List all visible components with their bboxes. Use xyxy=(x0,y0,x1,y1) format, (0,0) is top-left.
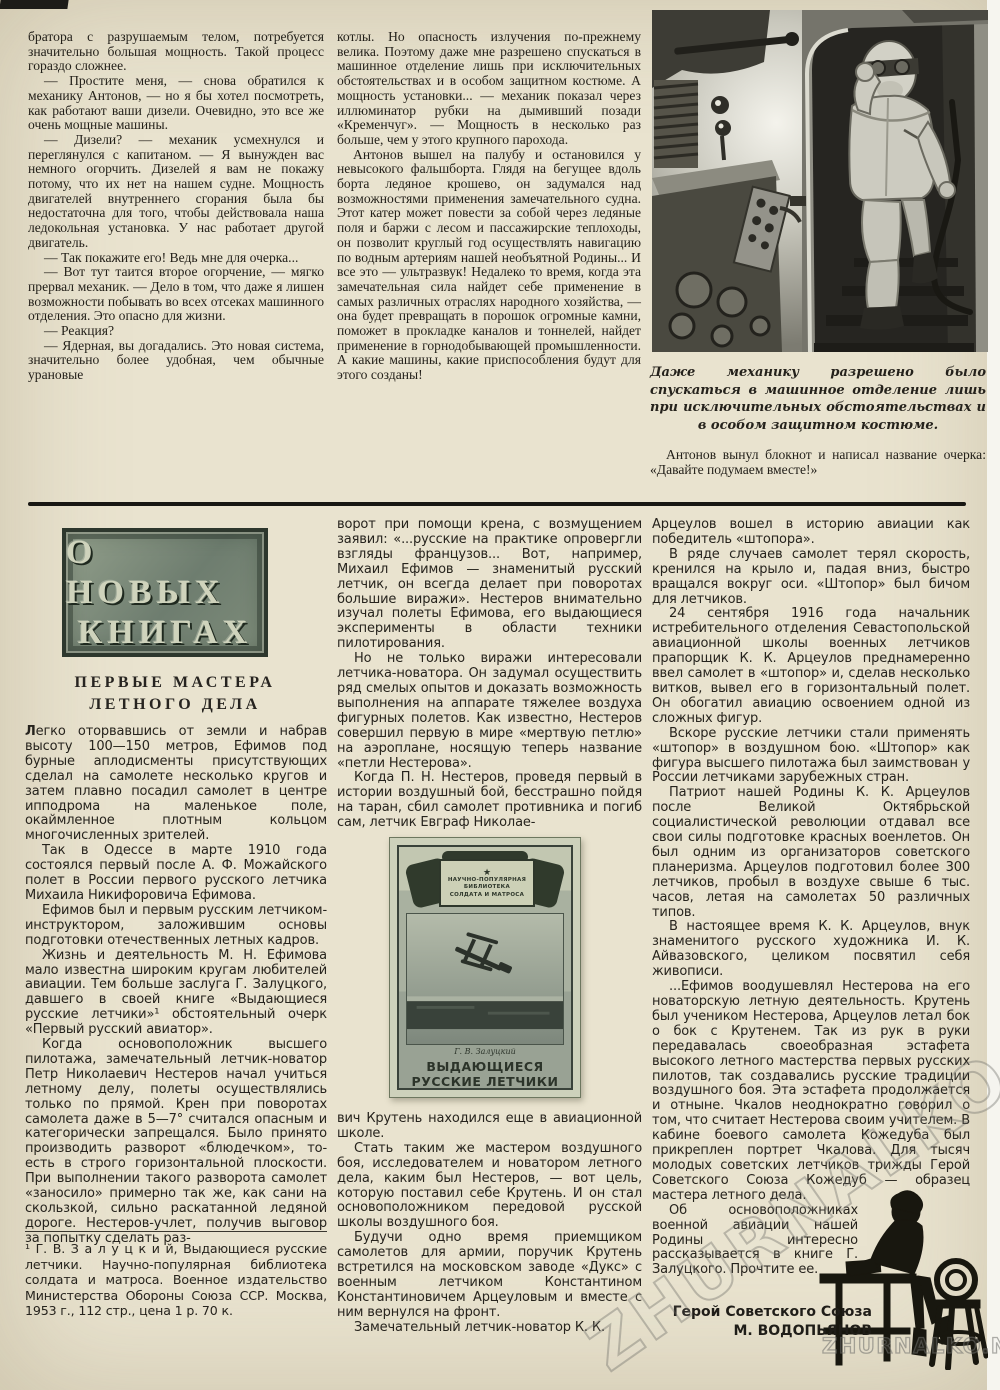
paragraph: Антонов вынул блокнот и написал название… xyxy=(650,448,986,477)
plaque-line: О НОВЫХ xyxy=(66,533,264,613)
series-line: НАУЧНО-ПОПУЛЯРНАЯ xyxy=(448,877,526,884)
paragraph: Жизнь и деятельность М. Н. Ефимова мало … xyxy=(25,949,327,1038)
review-column-2-bottom: вич Крутень находился еще в авиационной … xyxy=(337,1112,642,1336)
paragraph: В ряде случаев самолет терял скорость, к… xyxy=(652,548,970,608)
top-story-column-1: братора с разрушаемым телом, потребуется… xyxy=(28,30,324,383)
paragraph: Стать таким же мастером воздушного боя, … xyxy=(337,1142,642,1231)
signature-line: М. ВОДОПЬЯНОВ xyxy=(652,1322,872,1341)
paragraph: вич Крутень находился еще в авиационной … xyxy=(337,1112,642,1142)
paragraph: Легко оторвавшись от земли и набрав высо… xyxy=(25,725,327,844)
paragraph: ворот при помощи крена, с возмущением за… xyxy=(337,518,642,652)
author-signature: Герой Советского Союза М. ВОДОПЬЯНОВ xyxy=(652,1303,872,1341)
book-cover: ★ НАУЧНО-ПОПУЛЯРНАЯ БИБЛИОТЕКА СОЛДАТА И… xyxy=(389,837,581,1098)
review-column-1: Легко оторвавшись от земли и набрав высо… xyxy=(25,725,327,1247)
top-story-closing: Антонов вынул блокнот и написал название… xyxy=(650,448,986,477)
paragraph: Когда П. Н. Нестеров, проведя первый в и… xyxy=(337,771,642,831)
paragraph: — Дизели? — механик усмехнулся и перегля… xyxy=(28,133,324,251)
paragraph: Так в Одессе в марте 1910 года состоялся… xyxy=(25,844,327,904)
paragraph: 24 сентября 1916 года начальник истребит… xyxy=(652,607,970,726)
book-series-label: ★ НАУЧНО-ПОПУЛЯРНАЯ БИБЛИОТЕКА СОЛДАТА И… xyxy=(439,859,535,907)
reader-sketch xyxy=(818,1178,988,1370)
paragraph: Арцеулов вошел в историю авиации как поб… xyxy=(652,518,970,548)
book-cover-photo xyxy=(406,913,564,1045)
magazine-page: братора с разрушаемым телом, потребуется… xyxy=(0,0,1000,1390)
article-title-line: ПЕРВЫЕ МАСТЕРА xyxy=(25,672,325,694)
paragraph: Но не только виражи интересовали летчика… xyxy=(337,652,642,771)
new-books-plaque: О НОВЫХ КНИГАХ xyxy=(62,528,268,657)
paragraph: Будучи одно время приемщиком самолетов д… xyxy=(337,1231,642,1320)
book-cover-face: ★ НАУЧНО-ПОПУЛЯРНАЯ БИБЛИОТЕКА СОЛДАТА И… xyxy=(397,845,573,1090)
paragraph: Ефимов был и первым русским летчиком-инс… xyxy=(25,904,327,949)
series-line: СОЛДАТА И МАТРОСА xyxy=(450,892,524,899)
paragraph: — Так покажите его! Ведь мне для очерка.… xyxy=(28,251,324,266)
machine-room-illustration xyxy=(652,10,988,352)
top-story-column-2: котлы. Но опасность излучения по-прежнем… xyxy=(337,30,641,383)
paragraph: котлы. Но опасность излучения по-прежнем… xyxy=(337,30,641,148)
series-line: БИБЛИОТЕКА xyxy=(464,884,510,891)
article-title-line: ЛЕТНОГО ДЕЛА xyxy=(25,694,325,716)
book-cover-title: ВЫДАЮЩИЕСЯ РУССКИЕ ЛЕТЧИКИ xyxy=(399,1059,571,1089)
paragraph: Антонов вышел на палубу и остановился у … xyxy=(337,148,641,383)
book-cover-author: Г. В. Залуцкий xyxy=(399,1047,571,1056)
paragraph: В настоящее время К. К. Арцеулов, внук з… xyxy=(652,920,970,980)
section-divider xyxy=(28,502,966,506)
footnote: ¹ Г. В. З а л у ц к и й, Выдающиеся русс… xyxy=(25,1231,327,1319)
paragraph: Вскоре русские летчики стали применять «… xyxy=(652,727,970,787)
paragraph: ...Ефимов воодушевлял Нестерова на его н… xyxy=(652,980,970,1204)
paragraph: — Ядерная, вы догадались. Это новая сист… xyxy=(28,339,324,383)
illustration-caption: Даже механику разрешено было спускаться … xyxy=(650,364,986,434)
star-icon: ★ xyxy=(483,868,491,876)
page-edge xyxy=(987,0,1000,1390)
book-title-line: РУССКИЕ ЛЕТЧИКИ xyxy=(399,1074,571,1089)
signature-line: Герой Советского Союза xyxy=(652,1303,872,1322)
paragraph: — Простите меня, — снова обратился к мех… xyxy=(28,74,324,133)
paragraph: Патриот нашей Родины К. К. Арцеулов посл… xyxy=(652,786,970,920)
paragraph: Замечательный летчик-новатор К. К. xyxy=(337,1321,642,1336)
paragraph: — Реакция? xyxy=(28,324,324,339)
review-column-3: Арцеулов вошел в историю авиации как поб… xyxy=(652,518,970,1278)
paragraph: братора с разрушаемым телом, потребуется… xyxy=(28,30,324,74)
paragraph: — Вот тут таится второе огорчение, — мяг… xyxy=(28,265,324,324)
scan-artifact xyxy=(0,0,69,9)
article-title: ПЕРВЫЕ МАСТЕРА ЛЕТНОГО ДЕЛА xyxy=(25,672,325,716)
plaque-line: КНИГАХ xyxy=(78,613,253,653)
review-column-2-top: ворот при помощи крена, с возмущением за… xyxy=(337,518,642,831)
book-cover-cartouche: ★ НАУЧНО-ПОПУЛЯРНАЯ БИБЛИОТЕКА СОЛДАТА И… xyxy=(413,851,557,909)
paragraph: Когда основоположник высшего пилотажа, з… xyxy=(25,1038,327,1247)
book-title-line: ВЫДАЮЩИЕСЯ xyxy=(399,1059,571,1074)
